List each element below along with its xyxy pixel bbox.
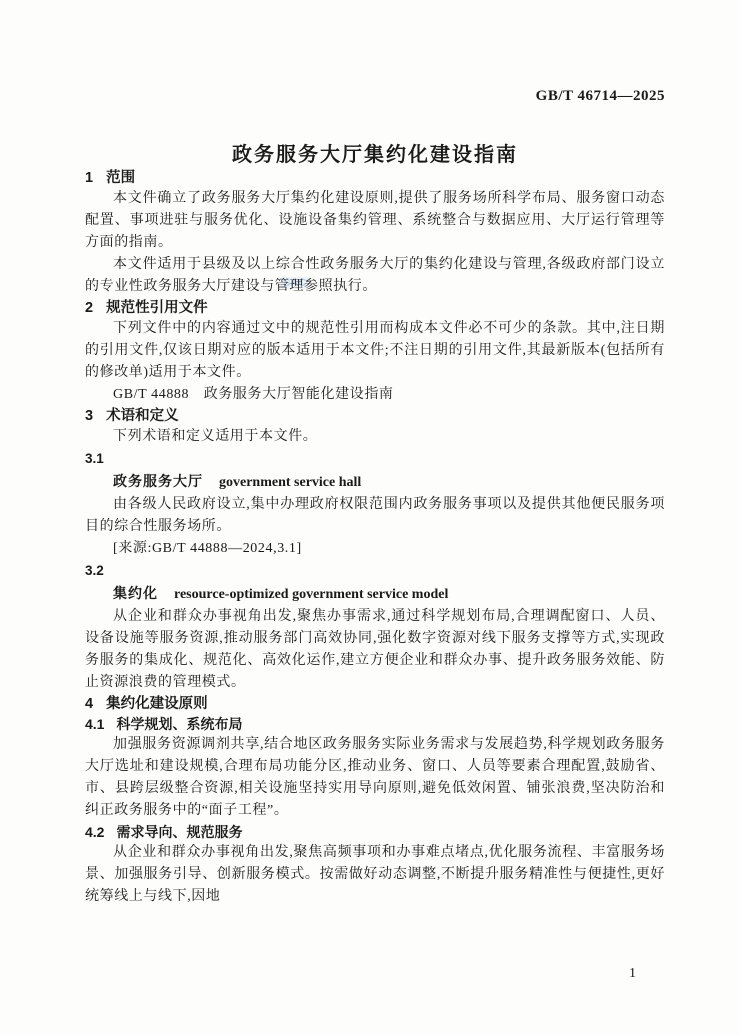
section-4-1-number: 4.1 — [85, 716, 104, 732]
section-1-paragraph-1: 本文件确立了政务服务大厅集约化建设原则,提供了服务场所科学布局、服务窗口动态配置… — [85, 188, 665, 254]
section-2-number: 2 — [85, 300, 93, 316]
section-4-number: 4 — [85, 696, 93, 712]
page-content: 政务服务大厅集约化建设指南 1范围 本文件确立了政务服务大厅集约化建设原则,提供… — [85, 0, 665, 908]
term-3-1-definition: 由各级人民政府设立,集中办理政府权限范围内政务服务事项以及提供其他便民服务项目的… — [85, 494, 665, 538]
section-1-heading: 1范围 — [85, 168, 665, 188]
section-1-paragraph-2: 本文件适用于县级及以上综合性政务服务大厅的集约化建设与管理,各级政府部门设立的专… — [85, 254, 665, 298]
section-2-paragraph-1: 下列文件中的内容通过文中的规范性引用而构成本文件必不可少的条款。其中,注日期的引… — [85, 318, 665, 384]
section-3-number: 3 — [85, 408, 93, 424]
normative-reference: GB/T 44888 政务服务大厅智能化建设指南 — [85, 384, 665, 406]
term-3-1-source: [来源:GB/T 44888—2024,3.1] — [85, 538, 665, 560]
section-4-2-heading: 4.2需求导向、规范服务 — [85, 822, 665, 842]
section-2-heading: 2规范性引用文件 — [85, 298, 665, 318]
term-3-2-english: resource-optimized government service mo… — [174, 587, 448, 602]
document-page: GB/T 46714—2025 SAC 政务服务大厅集约化建设指南 1范围 本文… — [0, 0, 740, 1035]
section-4-1-label: 科学规划、系统布局 — [116, 716, 242, 732]
section-4-label: 集约化建设原则 — [106, 696, 208, 712]
section-1-label: 范围 — [106, 170, 135, 186]
term-3-1-english: government service hall — [219, 475, 361, 490]
section-2-label: 规范性引用文件 — [106, 300, 208, 316]
section-4-2-label: 需求导向、规范服务 — [116, 824, 242, 840]
term-3-1-chinese: 政务服务大厅 — [113, 473, 203, 489]
section-3-heading: 3术语和定义 — [85, 406, 665, 426]
terms-intro: 下列术语和定义适用于本文件。 — [85, 426, 665, 448]
term-3-2-definition: 从企业和群众办事视角出发,聚焦办事需求,通过科学规划布局,合理调配窗口、人员、设… — [85, 606, 665, 694]
section-4-1-paragraph: 加强服务资源调剂共享,结合地区政务服务实际业务需求与发展趋势,科学规划政务服务大… — [85, 734, 665, 822]
section-4-1-heading: 4.1科学规划、系统布局 — [85, 714, 665, 734]
clause-3-1-number: 3.1 — [85, 448, 665, 470]
standard-number: GB/T 46714—2025 — [536, 88, 665, 105]
term-3-2: 集约化resource-optimized government service… — [85, 582, 665, 606]
term-3-2-chinese: 集约化 — [113, 585, 158, 601]
term-3-1: 政务服务大厅government service hall — [85, 470, 665, 494]
clause-3-2-number: 3.2 — [85, 560, 665, 582]
section-1-number: 1 — [85, 170, 93, 186]
section-4-2-number: 4.2 — [85, 824, 104, 840]
section-4-2-paragraph: 从企业和群众办事视角出发,聚焦高频事项和办事难点堵点,优化服务流程、丰富服务场景… — [85, 842, 665, 908]
page-number: 1 — [629, 966, 636, 982]
section-4-heading: 4集约化建设原则 — [85, 694, 665, 714]
document-title: 政务服务大厅集约化建设指南 — [85, 142, 665, 168]
section-3-label: 术语和定义 — [106, 408, 179, 424]
